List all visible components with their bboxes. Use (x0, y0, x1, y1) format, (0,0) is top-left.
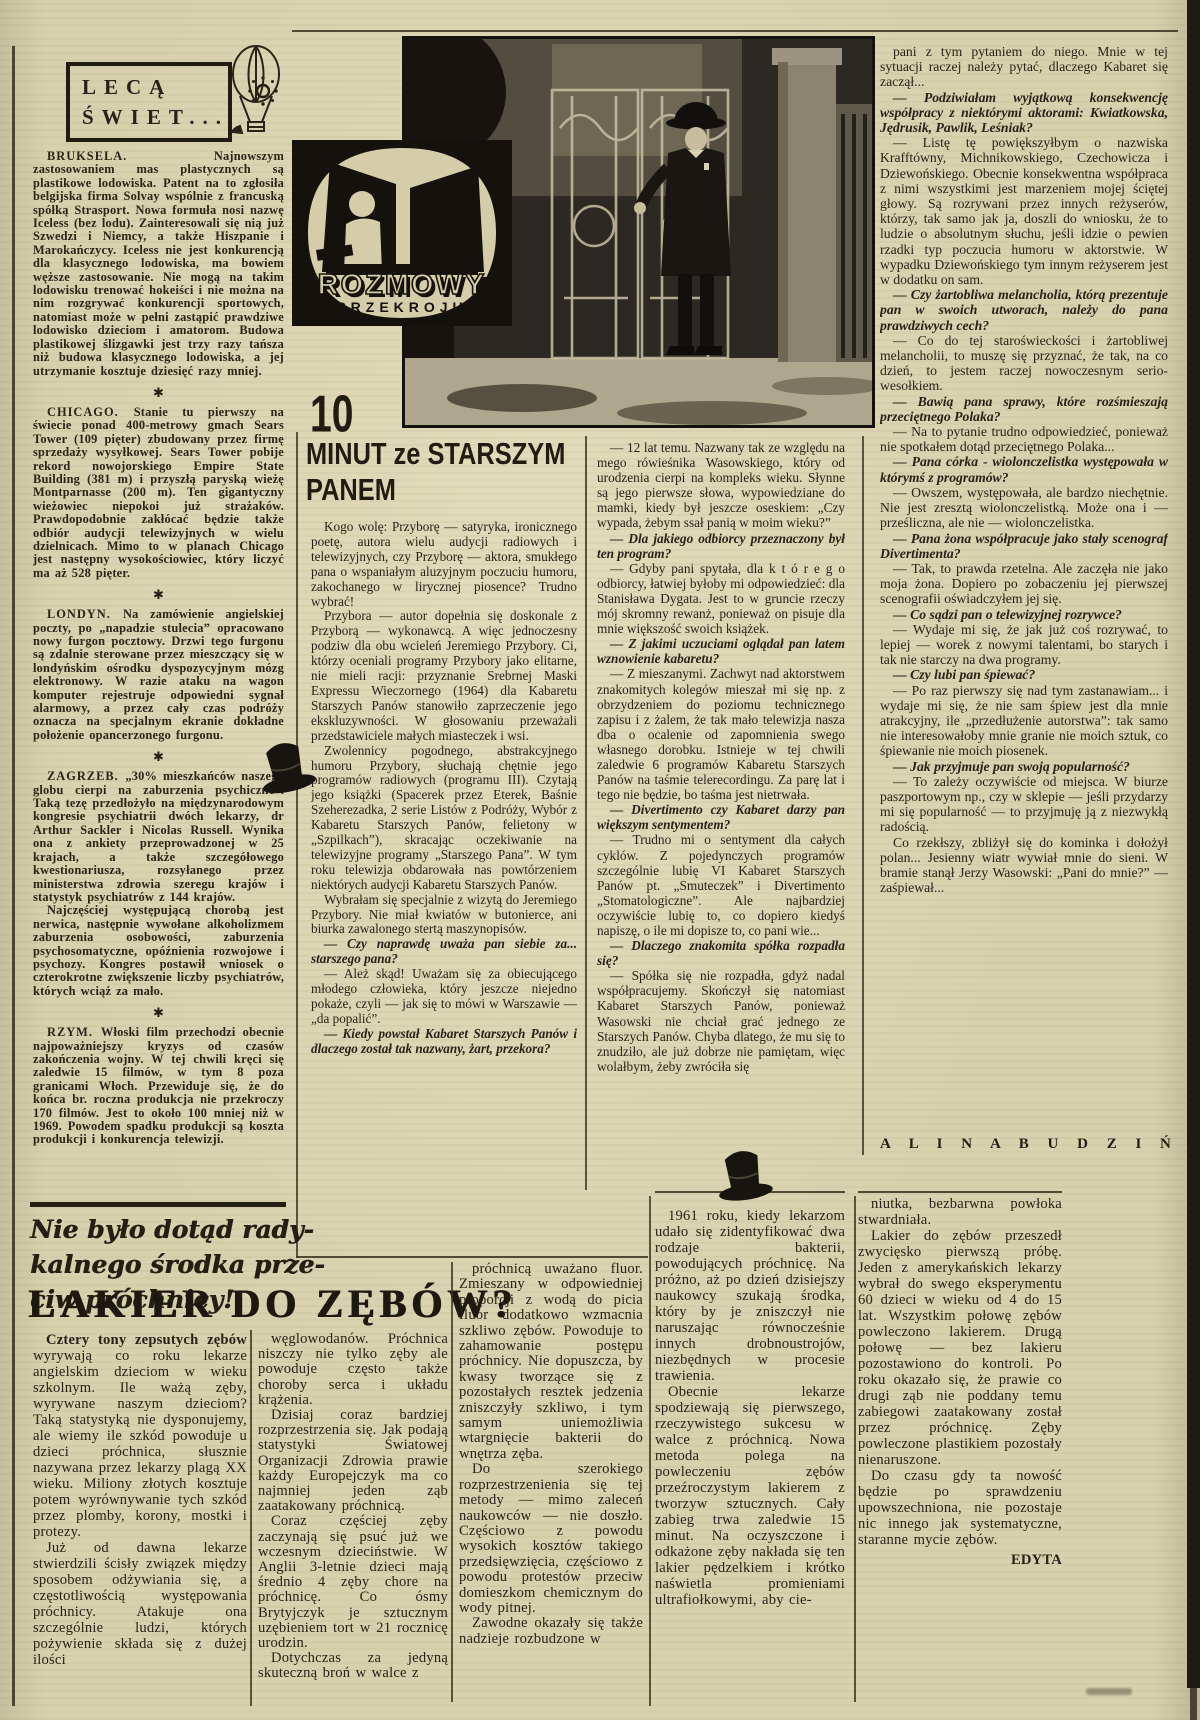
paragraph-lead: CHICAGO. (47, 405, 134, 419)
paragraph: — Co do tej staroświeckości i żartobliwe… (880, 333, 1168, 394)
interview-headline-line1: MINUT ze STARSZYM (306, 438, 565, 470)
paragraph: — Jak przyjmuje pan swoją popularność? (880, 759, 1168, 774)
paragraph: — Z jakimi uczuciami oglądał pan latem w… (597, 636, 845, 666)
top-rule (292, 30, 1178, 32)
column-rule (585, 436, 587, 1190)
leca-line2: ŚWIET... (82, 105, 229, 129)
teeth-column-5: niutka, bezbarwna powłoka stwardniała.La… (858, 1196, 1062, 1706)
column-rule (862, 436, 864, 1155)
leca-swiet-title: LECĄ ŚWIET... (82, 72, 229, 132)
separator-star: ✱ (33, 580, 284, 608)
paragraph: Lakier do zębów przeszedł zwycięsko pier… (858, 1228, 1062, 1468)
paragraph: BRUKSELA. Najnowszym zastosowaniem mas p… (33, 150, 284, 378)
paragraph-lead: Cztery tony zepsutych zębów (46, 1332, 247, 1348)
paragraph: niutka, bezbarwna powłoka stwardniała. (858, 1196, 1062, 1228)
paragraph: Do czasu gdy ta nowość będzie po sprawdz… (858, 1468, 1062, 1548)
rozmowy-przekroju-logo: ROZMOWY ROZMOWY PRZEKROJU (292, 140, 512, 326)
paragraph: — Ależ skąd! Uważam się za obiecującego … (311, 967, 577, 1027)
paragraph: — Tak, to prawda rzetelna. Ale zaczęła n… (880, 561, 1168, 607)
teeth-column-4: 1961 roku, kiedy lekarzom udało się zide… (655, 1208, 845, 1706)
world-news-column: BRUKSELA. Najnowszym zastosowaniem mas p… (33, 150, 284, 1195)
paragraph: Nie było dotąd rady- (30, 1212, 330, 1247)
paragraph: — Kiedy powstał Kabaret Starszych Panów … (311, 1027, 577, 1057)
paragraph: Już od dawna lekarze stwierdzili ścisły … (33, 1540, 247, 1668)
teeth-article-headline: LAKIER DO ZĘBÓW? (28, 1280, 517, 1327)
paragraph-lead: LONDYN. (47, 607, 123, 621)
paragraph: pani z tym pytaniem do niego. Mnie w tej… (880, 44, 1168, 90)
paragraph: — Po raz pierwszy się nad tym zastanawia… (880, 683, 1168, 759)
paragraph: — Wydaje mi się, że jak już coś rozrywać… (880, 622, 1168, 668)
paragraph: CHICAGO. Stanie tu pierwszy na świecie p… (33, 406, 284, 580)
paragraph-lead: ZAGRZEB. (47, 769, 125, 783)
paragraph: Obecnie lekarze spodziewają się pierwsze… (655, 1384, 845, 1608)
paragraph: Zawodne okazały się także nadzieje rozbu… (459, 1616, 643, 1647)
paragraph: — Podziwiałam wyjątkową konsekwencję wsp… (880, 90, 1168, 136)
newspaper-page: LECĄ ŚWIET... BRUKSELA. Najnowszym zasto… (0, 0, 1200, 1720)
column-rule (649, 1196, 651, 1706)
paragraph: — Bawią pana sprawy, które rozśmieszają … (880, 394, 1168, 424)
paragraph: Co rzekłszy, zbliżył się do kominka i do… (880, 835, 1168, 896)
column-rule (250, 1330, 252, 1706)
paragraph: — Pana żona współpracuje jako stały scen… (880, 531, 1168, 561)
column-rule (451, 1262, 453, 1702)
paragraph: Kogo wolę: Przyborę — satyryka, ironiczn… (311, 520, 577, 609)
teeth-column-3: próchnicą uważano fluor. Zmieszany w odp… (459, 1262, 643, 1706)
separator-star: ✱ (33, 998, 284, 1026)
paragraph: Dotychczas za jedyną skuteczną broń w wa… (258, 1651, 448, 1681)
paragraph: Przybora — autor dopełnia się doskonale … (311, 609, 577, 743)
interview-headline-line2: PANEM (306, 474, 396, 506)
interview-column-3: pani z tym pytaniem do niego. Mnie w tej… (880, 44, 1168, 1132)
interview-column-2: — 12 lat temu. Nazwany tak ze względu na… (597, 440, 845, 1192)
interview-headline-number: 10 (310, 388, 353, 440)
column-rule (854, 1196, 856, 1702)
paragraph: Dzisiaj coraz bardziej rozprzestrzenia s… (258, 1408, 448, 1514)
leca-swiet-box: LECĄ ŚWIET... (66, 62, 232, 142)
paragraph: — Czy lubi pan śpiewać? (880, 667, 1168, 682)
top-hat-icon (709, 1132, 776, 1209)
paragraph: Najczęściej występującą chorobą jest ner… (33, 904, 284, 998)
page-edge-strip-tail (1190, 1688, 1197, 1720)
hot-air-balloon-icon (228, 44, 284, 140)
logo-line1: ROZMOWY (318, 269, 487, 301)
print-smudge (1086, 1688, 1132, 1695)
column-rule (296, 432, 298, 1258)
paragraph: — 12 lat temu. Nazwany tak ze względu na… (597, 440, 845, 531)
teeth-signature: EDYTA (858, 1548, 1062, 1568)
paragraph: — Pana córka - wiolonczelistka występowa… (880, 454, 1168, 484)
logo-line2: PRZEKROJU (336, 299, 467, 315)
interview-byline: A L I N A B U D Z I Ń S K A (880, 1136, 1172, 1153)
paragraph: próchnicą uważano fluor. Zmieszany w odp… (459, 1262, 643, 1462)
leca-line1: LECĄ (82, 75, 172, 99)
paragraph: ZAGRZEB. „30% mieszkańców naszego globu … (33, 770, 284, 904)
paragraph: 1961 roku, kiedy lekarzom udało się zide… (655, 1208, 845, 1384)
paragraph: LONDYN. Na zamówienie angielskiej poczty… (33, 608, 284, 742)
paragraph: — Dlaczego znakomita spółka rozpadła się… (597, 938, 845, 968)
section-rule (296, 1256, 648, 1258)
paragraph: — Owszem, występowała, ale bardzo niechę… (880, 485, 1168, 531)
paragraph: węglowodanów. Próchnica niszczy nie tylk… (258, 1332, 448, 1408)
paragraph: — Gdyby pani spytała, dla k t ó r e g o … (597, 561, 845, 636)
paragraph: — Co sądzi pan o telewizyjnej rozrywce? (880, 607, 1168, 622)
paragraph: — Czy żartobliwa melancholia, którą prez… (880, 287, 1168, 333)
paragraph: Zwolennicy pogodnego, abstrakcyjnego hum… (311, 744, 577, 893)
paragraph: — Divertimento czy Kabaret darzy pan wię… (597, 802, 845, 832)
paragraph-lead: RZYM. (47, 1025, 101, 1039)
paragraph: Coraz częściej zęby zaczynają się psuć j… (258, 1514, 448, 1651)
paragraph: Wybrałam się specjalnie z wizytą do Jere… (311, 893, 577, 938)
interview-column-1: Kogo wolę: Przyborę — satyryka, ironiczn… (311, 520, 577, 1260)
paragraph: — Czy naprawdę uważa pan siebie za... st… (311, 937, 577, 967)
paragraph: — Trudno mi o sentyment dla całych cykló… (597, 832, 845, 938)
paragraph: — To zależy oczywiście od miejsca. W biu… (880, 774, 1168, 835)
page-fold-rule (12, 46, 15, 1706)
paragraph: Do szerokiego rozprzestrzenienia się tej… (459, 1462, 643, 1616)
separator-star: ✱ (33, 742, 284, 770)
paragraph: — Na to pytanie trudno odpowiedzieć, pon… (880, 424, 1168, 454)
paragraph-lead: BRUKSELA. (47, 150, 214, 163)
paragraph: Cztery tony zepsutych zębów wyrywają co … (33, 1332, 247, 1540)
paragraph: kalnego środka prze- (30, 1247, 330, 1282)
separator-star: ✱ (33, 378, 284, 406)
paragraph: — Dla jakiego odbiorcy przeznaczony był … (597, 531, 845, 561)
page-edge-strip (1187, 0, 1200, 1688)
section-rule (858, 1191, 1062, 1193)
paragraph: — Listę tę powiększyłbym o nazwiska Kraf… (880, 135, 1168, 287)
teeth-column-1: Cztery tony zepsutych zębów wyrywają co … (33, 1332, 247, 1706)
paragraph: — Spółka się nie rozpadła, gdyż nadal ws… (597, 968, 845, 1074)
teeth-column-2: węglowodanów. Próchnica niszczy nie tylk… (258, 1332, 448, 1704)
paragraph: RZYM. Włoski film przechodzi obecnie naj… (33, 1026, 284, 1147)
paragraph: — Z mieszanymi. Zachwyt nad aktorstwem z… (597, 666, 845, 802)
kicker-rule (30, 1202, 286, 1207)
